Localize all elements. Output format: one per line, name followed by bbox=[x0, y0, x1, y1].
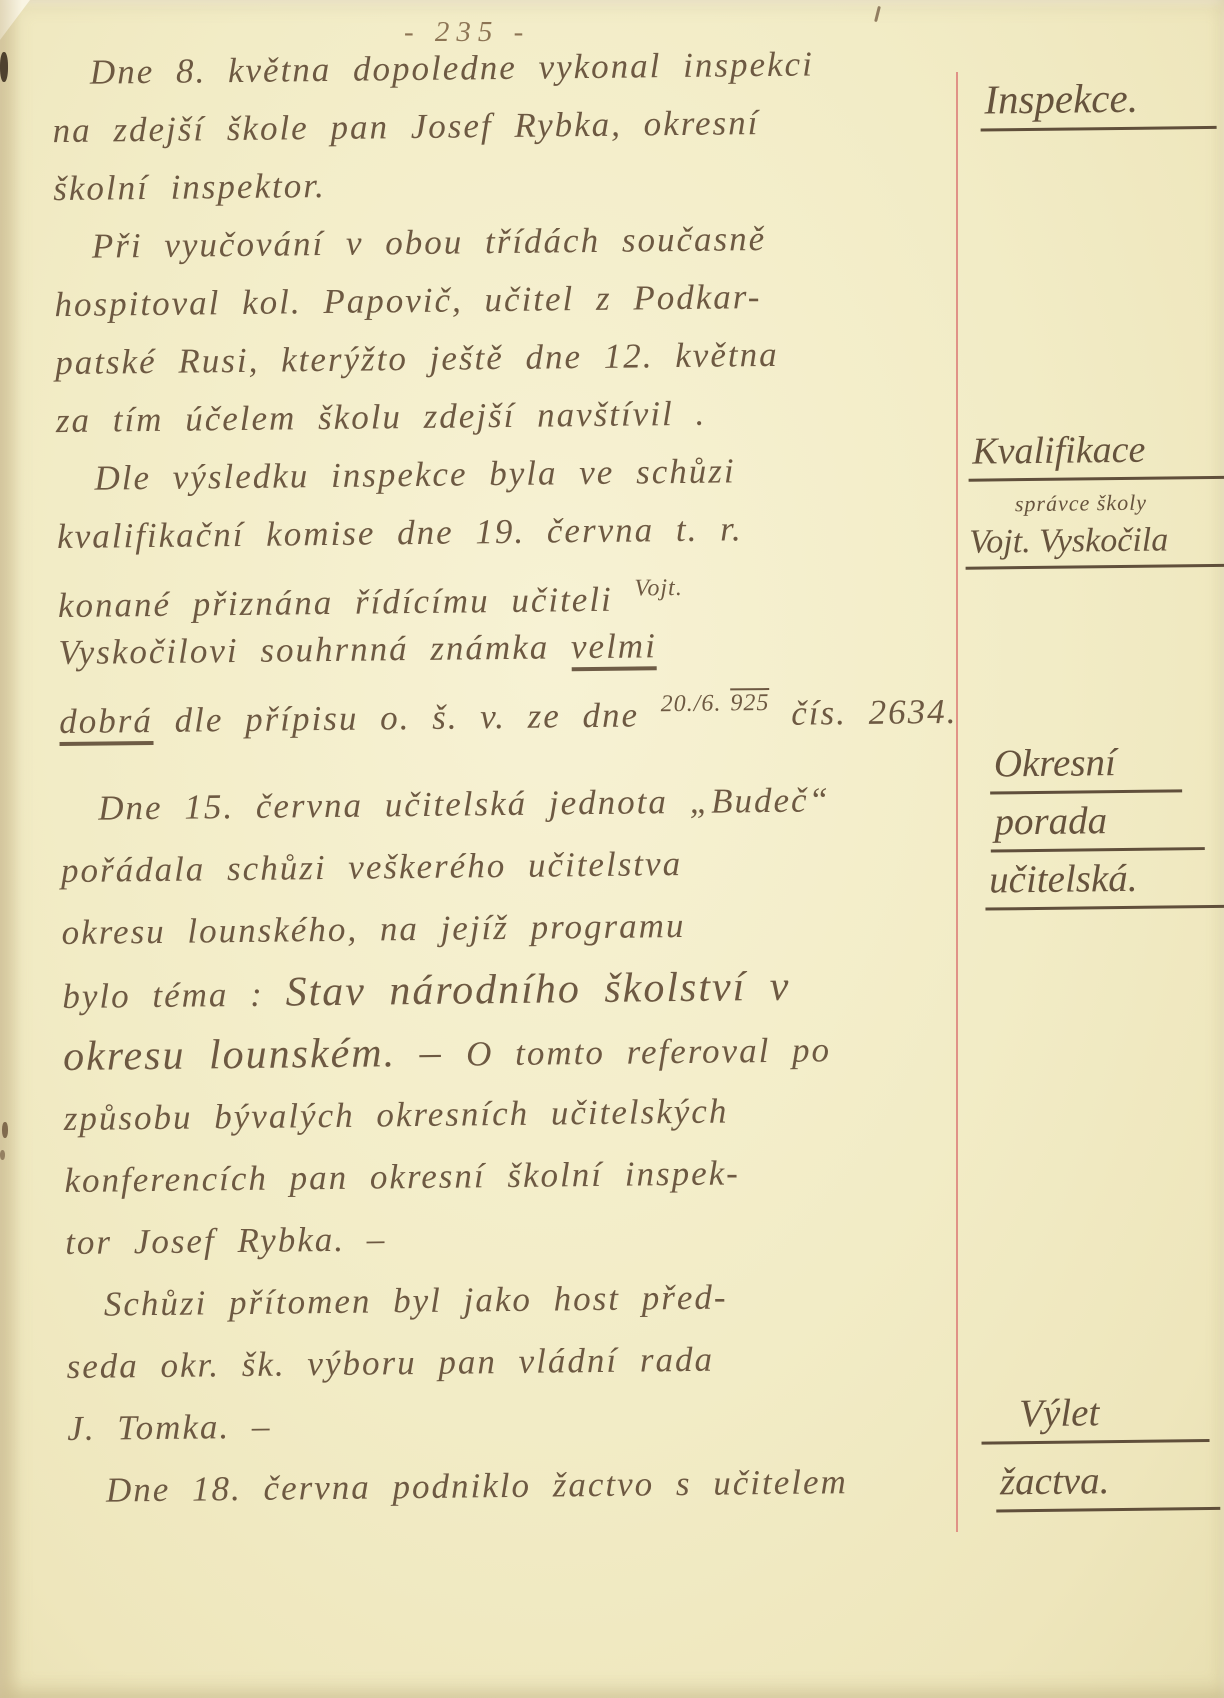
margin-note-kvalifikace-sub: správce školy bbox=[1015, 490, 1147, 517]
ink-blot-left-edge bbox=[2, 1122, 8, 1138]
margin-note-okresni: Okresní bbox=[990, 739, 1183, 794]
margin-note-vylet: Výlet bbox=[981, 1389, 1210, 1445]
margin-note-porada: porada bbox=[990, 797, 1205, 852]
margin-note-zactva: žactva. bbox=[996, 1457, 1221, 1513]
ink-blot-left-edge bbox=[0, 1150, 5, 1160]
margin-note-kvalifikace: Kvalifikace bbox=[968, 427, 1224, 482]
handwriting-layer: Dne 8. května dopoledne vykonal inspekci… bbox=[0, 0, 1224, 1698]
margin-note-ucitelska: učitelská. bbox=[985, 855, 1224, 911]
margin-note-inspekce: Inspekce. bbox=[980, 73, 1217, 132]
margin-notes: Inspekce. Kvalifikace správce školy Vojt… bbox=[0, 0, 1224, 1698]
margin-note-vyskocil: Vojt. Vyskočila bbox=[965, 521, 1224, 570]
chronicle-page: - 235 - Dne 8. května dopoledne vykonal … bbox=[0, 0, 1224, 1698]
